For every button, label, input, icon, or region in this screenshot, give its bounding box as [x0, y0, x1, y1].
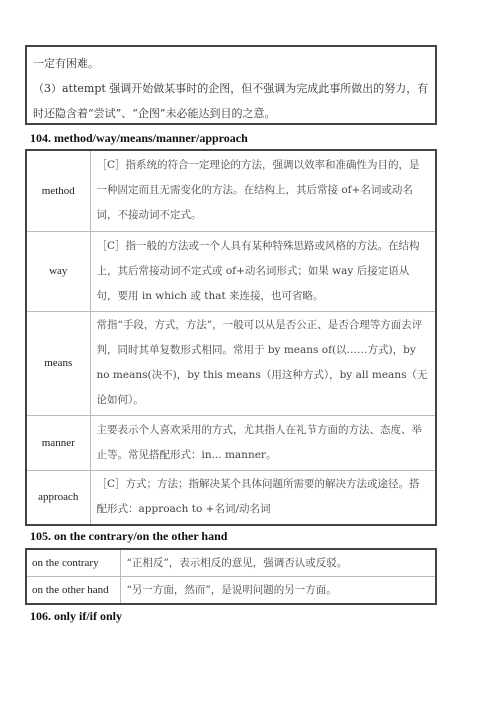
- desc-cell: “正相反”，表示相反的意见，强调否认或反驳。: [120, 549, 436, 577]
- section-106-heading: 106. only if/if only: [30, 609, 122, 624]
- term-cell: manner: [26, 415, 90, 470]
- table-row: on the contrary “正相反”，表示相反的意见，强调否认或反驳。: [26, 549, 436, 577]
- table-row: manner 主要表示个人喜欢采用的方式，尤其指人在礼节方面的方法、态度、举止等…: [26, 415, 436, 470]
- term-cell: on the other hand: [26, 577, 120, 605]
- term-cell: approach: [26, 470, 90, 525]
- term-cell: on the contrary: [26, 549, 120, 577]
- intro-line-2: （3）attempt 强调开始做某事时的企图，但不强调为完成此事所做出的努力，有…: [33, 76, 429, 126]
- desc-cell: “另一方面，然而”，是说明问题的另一方面。: [120, 577, 436, 605]
- table-row: way ［C］指一般的方法或一个人具有某种特殊思路或风格的方法。在结构上，其后常…: [26, 231, 436, 311]
- term-cell: method: [26, 150, 90, 231]
- table-row: on the other hand “另一方面，然而”，是说明问题的另一方面。: [26, 577, 436, 605]
- section-105-heading: 105. on the contrary/on the other hand: [30, 529, 227, 544]
- section-104-table: method ［C］指系统的符合一定理论的方法，强调以效率和准确性为目的，是一种…: [25, 149, 437, 526]
- desc-cell: ［C］指一般的方法或一个人具有某种特殊思路或风格的方法。在结构上，其后常接动词不…: [90, 231, 436, 311]
- desc-cell: 主要表示个人喜欢采用的方式，尤其指人在礼节方面的方法、态度、举止等。常见搭配形式…: [90, 415, 436, 470]
- desc-cell: ［C］指系统的符合一定理论的方法，强调以效率和准确性为目的，是一种固定而且无需变…: [90, 150, 436, 231]
- table-row: approach ［C］方式；方法；指解决某个具体问题所需要的解决方法或途径。搭…: [26, 470, 436, 525]
- intro-line-1: 一定有困难。: [33, 51, 429, 76]
- desc-cell: ［C］方式；方法；指解决某个具体问题所需要的解决方法或途径。搭配形式：appro…: [90, 470, 436, 525]
- table-row: means 常指“手段，方式，方法”，一般可以从是否公正、是否合理等方面去评判，…: [26, 311, 436, 415]
- desc-cell: 常指“手段，方式，方法”，一般可以从是否公正、是否合理等方面去评判，同时其单复数…: [90, 311, 436, 415]
- term-cell: means: [26, 311, 90, 415]
- table-row: method ［C］指系统的符合一定理论的方法，强调以效率和准确性为目的，是一种…: [26, 150, 436, 231]
- section-105-table: on the contrary “正相反”，表示相反的意见，强调否认或反驳。 o…: [25, 548, 437, 605]
- section-104-heading: 104. method/way/means/manner/approach: [30, 131, 248, 146]
- term-cell: way: [26, 231, 90, 311]
- intro-box: 一定有困难。 （3）attempt 强调开始做某事时的企图，但不强调为完成此事所…: [25, 45, 437, 125]
